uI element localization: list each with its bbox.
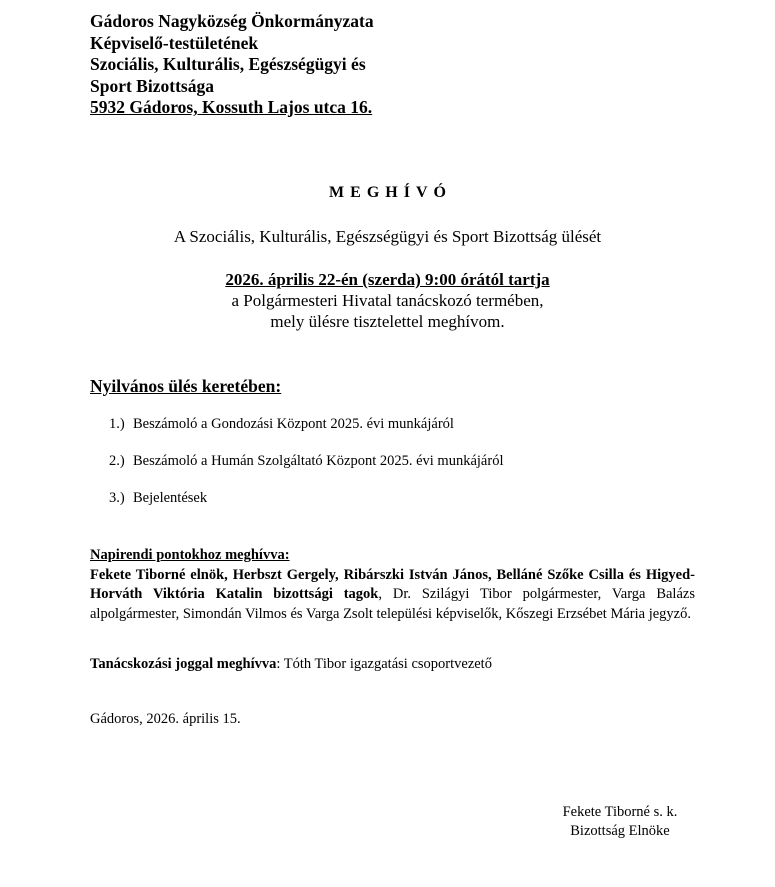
- agenda-item-text: Beszámoló a Humán Szolgáltató Központ 20…: [133, 453, 503, 470]
- letterhead-line-2: Képviselő-testületének: [90, 33, 374, 55]
- agenda-item-text: Beszámoló a Gondozási Központ 2025. évi …: [133, 416, 454, 433]
- invited-section: Napirendi pontokhoz meghívva: Fekete Tib…: [90, 546, 695, 624]
- meeting-closing: mely ülésre tisztelettel meghívom.: [0, 311, 775, 332]
- signature-role: Bizottság Elnöke: [540, 822, 700, 841]
- agenda-list: 1.) Beszámoló a Gondozási Központ 2025. …: [109, 416, 503, 527]
- public-session-heading: Nyilvános ülés keretében:: [90, 376, 281, 397]
- signature-block: Fekete Tiborné s. k. Bizottság Elnöke: [540, 803, 700, 841]
- place-and-date: Gádoros, 2026. április 15.: [90, 711, 241, 728]
- invited-list: Fekete Tiborné elnök, Herbszt Gergely, R…: [90, 566, 695, 625]
- consultative-invitee: Tanácskozási joggal meghívva: Tóth Tibor…: [90, 656, 492, 673]
- agenda-item: 1.) Beszámoló a Gondozási Központ 2025. …: [109, 416, 503, 453]
- meeting-location: a Polgármesteri Hivatal tanácskozó termé…: [0, 290, 775, 311]
- letterhead-line-1: Gádoros Nagyközség Önkormányzata: [90, 11, 374, 33]
- consultative-value: : Tóth Tibor igazgatási csoportvezető: [276, 656, 492, 672]
- meeting-date: 2026. április 22-én (szerda) 9:00 órától…: [0, 269, 775, 290]
- letterhead: Gádoros Nagyközség Önkormányzata Képvise…: [90, 11, 374, 119]
- letterhead-line-4: Sport Bizottsága: [90, 76, 374, 98]
- signature-name: Fekete Tiborné s. k.: [540, 803, 700, 822]
- letterhead-line-3: Szociális, Kulturális, Egészségügyi és: [90, 54, 374, 76]
- agenda-item: 3.) Bejelentések: [109, 490, 503, 527]
- invited-heading: Napirendi pontokhoz meghívva:: [90, 546, 695, 566]
- meeting-details: 2026. április 22-én (szerda) 9:00 órától…: [0, 269, 775, 332]
- agenda-item-number: 3.): [109, 490, 133, 507]
- intro-text: A Szociális, Kulturális, Egészségügyi és…: [0, 227, 775, 247]
- agenda-item-text: Bejelentések: [133, 490, 207, 507]
- agenda-item-number: 2.): [109, 453, 133, 470]
- agenda-item-number: 1.): [109, 416, 133, 433]
- agenda-item: 2.) Beszámoló a Humán Szolgáltató Közpon…: [109, 453, 503, 490]
- consultative-label: Tanácskozási joggal meghívva: [90, 656, 276, 672]
- document-title: MEGHÍVÓ: [0, 184, 775, 202]
- letterhead-address: 5932 Gádoros, Kossuth Lajos utca 16.: [90, 97, 374, 119]
